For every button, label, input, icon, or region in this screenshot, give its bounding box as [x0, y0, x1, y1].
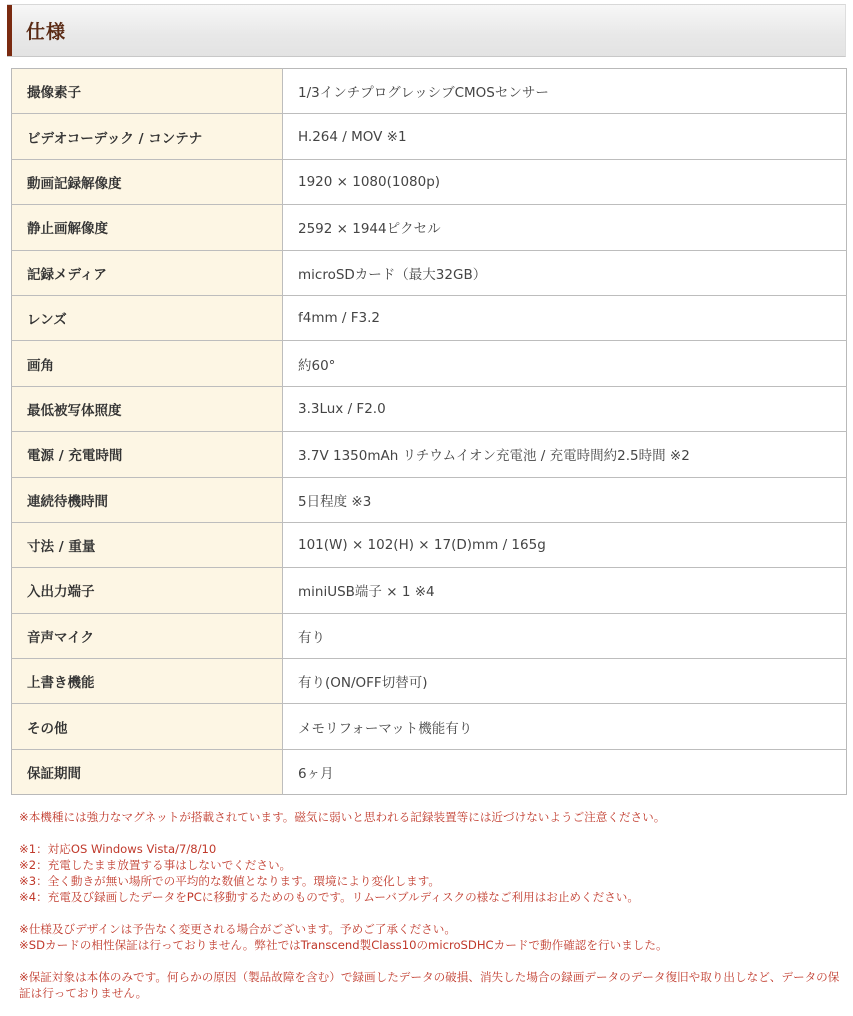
footnote-4: ※4：充電及び録画したデータをPCに移動するためのものです。リムーバブルディスク…: [19, 889, 849, 905]
table-row: 寸法 / 重量101(W) × 102(H) × 17(D)mm / 165g: [12, 522, 847, 567]
spec-value: 101(W) × 102(H) × 17(D)mm / 165g: [283, 522, 847, 567]
footnote-1: ※1：対応OS Windows Vista/7/8/10: [19, 841, 849, 857]
spec-label: 寸法 / 重量: [12, 522, 283, 567]
spec-label: 画角: [12, 341, 283, 386]
spec-label: 撮像素子: [12, 69, 283, 114]
warranty-note: ※保証対象は本体のみです。何らかの原因（製品故障を含む）で録画したデータの破損、…: [19, 969, 849, 1001]
spec-label: 音声マイク: [12, 613, 283, 658]
table-row: 最低被写体照度3.3Lux / F2.0: [12, 386, 847, 431]
spec-value: 約60°: [283, 341, 847, 386]
table-row: 連続待機時間5日程度 ※3: [12, 477, 847, 522]
spec-value: 3.3Lux / F2.0: [283, 386, 847, 431]
table-row: 音声マイク有り: [12, 613, 847, 658]
spec-label: 電源 / 充電時間: [12, 432, 283, 477]
spec-notes: ※本機種には強力なマグネットが搭載されています。磁気に弱いと思われる記録装置等に…: [19, 809, 849, 1016]
spec-value: 1920 × 1080(1080p): [283, 159, 847, 204]
spec-label: 動画記録解像度: [12, 159, 283, 204]
table-row: 静止画解像度2592 × 1944ピクセル: [12, 205, 847, 250]
table-row: 電源 / 充電時間3.7V 1350mAh リチウムイオン充電池 / 充電時間約…: [12, 432, 847, 477]
spec-value: miniUSB端子 × 1 ※4: [283, 568, 847, 613]
spec-value: 有り(ON/OFF切替可): [283, 659, 847, 704]
spec-value: microSDカード（最大32GB）: [283, 250, 847, 295]
disclaimer-sd-card: ※SDカードの相性保証は行っておりません。弊社ではTranscend製Class…: [19, 937, 849, 953]
disclaimer-spec-change: ※仕様及びデザインは予告なく変更される場合がございます。予めご了承ください。: [19, 921, 849, 937]
spec-label: 保証期間: [12, 749, 283, 794]
note-line: ※保証対象は本体のみです。何らかの原因（製品故障を含む）で録画したデータの破損、…: [19, 969, 849, 1001]
spec-value: 3.7V 1350mAh リチウムイオン充電池 / 充電時間約2.5時間 ※2: [283, 432, 847, 477]
spec-value: 6ヶ月: [283, 749, 847, 794]
footnote-3: ※3：全く動きが無い場所での平均的な数値となります。環境により変化します。: [19, 873, 849, 889]
table-row: レンズf4mm / F3.2: [12, 295, 847, 340]
disclaimers: ※仕様及びデザインは予告なく変更される場合がございます。予めご了承ください。 ※…: [19, 921, 849, 953]
magnet-warning: ※本機種には強力なマグネットが搭載されています。磁気に弱いと思われる記録装置等に…: [19, 809, 849, 825]
spec-label: 最低被写体照度: [12, 386, 283, 431]
spec-value: 1/3インチプログレッシブCMOSセンサー: [283, 69, 847, 114]
table-row: 記録メディアmicroSDカード（最大32GB）: [12, 250, 847, 295]
spec-value: 5日程度 ※3: [283, 477, 847, 522]
spec-label: ビデオコーデック / コンテナ: [12, 114, 283, 159]
spec-label: 上書き機能: [12, 659, 283, 704]
spec-label: 入出力端子: [12, 568, 283, 613]
spec-label: レンズ: [12, 295, 283, 340]
table-row: ビデオコーデック / コンテナH.264 / MOV ※1: [12, 114, 847, 159]
page-title: 仕様: [26, 17, 66, 44]
spec-value: f4mm / F3.2: [283, 295, 847, 340]
spec-label: 連続待機時間: [12, 477, 283, 522]
spec-value: メモリフォーマット機能有り: [283, 704, 847, 749]
spec-table: 撮像素子1/3インチプログレッシブCMOSセンサー ビデオコーデック / コンテ…: [11, 68, 847, 795]
table-row: 入出力端子miniUSB端子 × 1 ※4: [12, 568, 847, 613]
table-row: 動画記録解像度1920 × 1080(1080p): [12, 159, 847, 204]
table-row: 保証期間6ヶ月: [12, 749, 847, 794]
spec-section-heading: 仕様: [7, 4, 846, 57]
table-row: 画角約60°: [12, 341, 847, 386]
table-row: その他メモリフォーマット機能有り: [12, 704, 847, 749]
footnotes: ※1：対応OS Windows Vista/7/8/10 ※2：充電したまま放置…: [19, 841, 849, 905]
spec-value: 有り: [283, 613, 847, 658]
heading-accent-bar: [7, 5, 12, 56]
spec-label: その他: [12, 704, 283, 749]
table-row: 上書き機能有り(ON/OFF切替可): [12, 659, 847, 704]
table-row: 撮像素子1/3インチプログレッシブCMOSセンサー: [12, 69, 847, 114]
spec-label: 静止画解像度: [12, 205, 283, 250]
footnote-2: ※2：充電したまま放置する事はしないでください。: [19, 857, 849, 873]
spec-value: H.264 / MOV ※1: [283, 114, 847, 159]
note-line: ※本機種には強力なマグネットが搭載されています。磁気に弱いと思われる記録装置等に…: [19, 809, 849, 825]
spec-label: 記録メディア: [12, 250, 283, 295]
spec-value: 2592 × 1944ピクセル: [283, 205, 847, 250]
